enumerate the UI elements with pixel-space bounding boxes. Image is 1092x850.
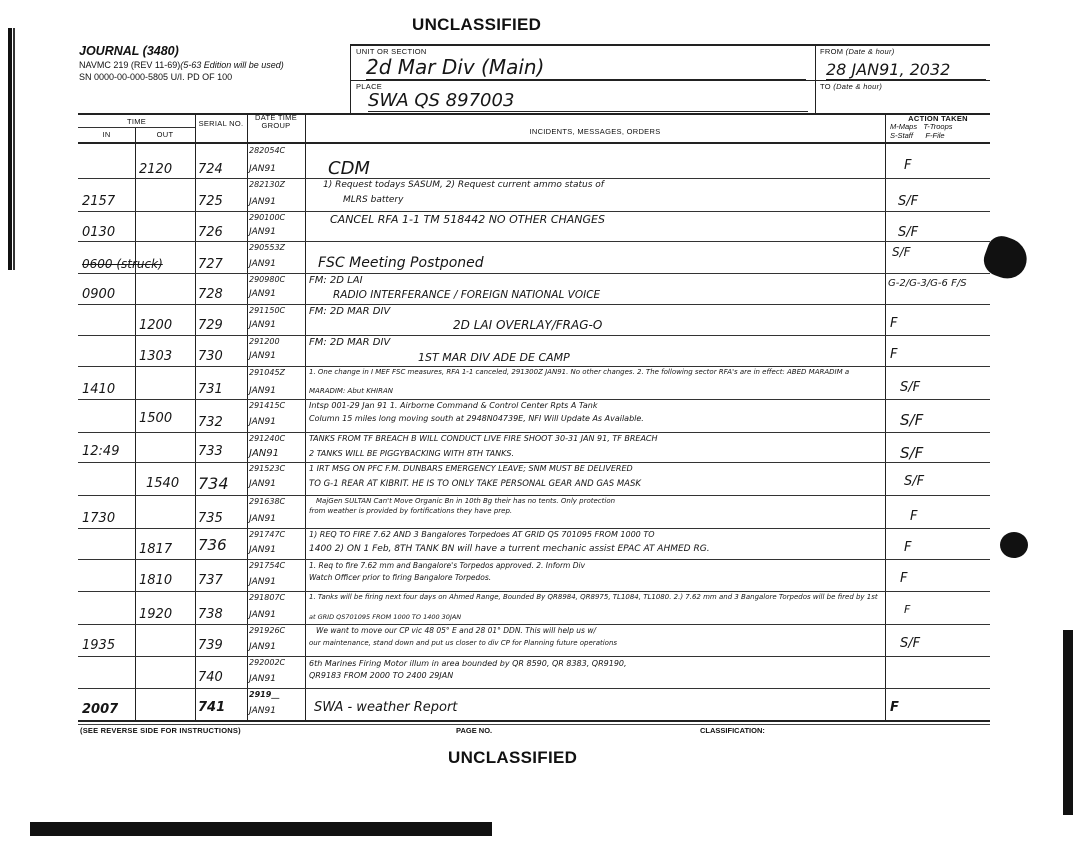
time-in: 1410 xyxy=(82,382,136,397)
classification-label: CLASSIFICATION: xyxy=(700,726,765,735)
header-divider xyxy=(350,44,351,114)
place-field[interactable]: SWA QS 897003 xyxy=(368,90,808,112)
dtg: 291045Z xyxy=(249,368,305,377)
instructions-note: (SEE REVERSE SIDE FOR INSTRUCTIONS) xyxy=(80,726,241,735)
message-line-2: QR9183 FROM 2000 TO 2400 29JAN xyxy=(309,671,883,680)
column-header-time: TIME xyxy=(78,118,195,126)
dtg: 291638C xyxy=(249,497,305,506)
header-divider xyxy=(350,80,816,81)
action-taken: S/F xyxy=(904,474,1002,489)
from-field[interactable]: 28 JAN91, 2032 xyxy=(826,60,986,80)
dtg-month: JAN91 xyxy=(249,197,305,207)
action-taken: S/F xyxy=(898,194,996,209)
from-label-text: FROM xyxy=(820,47,843,56)
time-in: 0900 xyxy=(82,287,136,302)
column-header-out: OUT xyxy=(135,131,195,139)
time-in: 12:49 xyxy=(82,444,136,459)
action-legend: S-Staff F-File xyxy=(890,132,990,140)
dtg: 291150C xyxy=(249,306,305,315)
serial-no: 730 xyxy=(198,349,248,364)
to-label-text: TO xyxy=(820,82,831,91)
serial-no: 733 xyxy=(198,444,248,459)
time-in: 2007 xyxy=(82,702,136,717)
dtg-month: JAN91 xyxy=(249,164,305,174)
dtg-month: JAN91 xyxy=(249,351,305,361)
message-line-1: MajGen SULTAN Can't Move Organic Bn in 1… xyxy=(316,497,890,505)
message-line-1: 1) REQ TO FIRE 7.62 AND 3 Bangalores Tor… xyxy=(309,530,883,539)
row-divider xyxy=(78,462,990,463)
row-divider xyxy=(78,211,990,212)
row-divider xyxy=(78,273,990,274)
scan-artifact-left-bar-thin xyxy=(13,28,15,270)
time-out: 1540 xyxy=(146,476,200,491)
column-divider-dtg-incidents xyxy=(305,113,306,722)
message-line-2: at GRID QS701095 FROM 1000 TO 1400 30JAN xyxy=(309,613,883,621)
time-out: 1817 xyxy=(139,542,193,557)
row-divider xyxy=(78,688,990,689)
time-out: 1920 xyxy=(139,607,193,622)
dtg: 282130Z xyxy=(249,180,305,189)
dtg-month: JAN91 xyxy=(249,289,305,299)
time-out: 1500 xyxy=(139,411,193,426)
serial-no: 729 xyxy=(198,318,248,333)
row-divider xyxy=(78,559,990,560)
message-line-2: from weather is provided by fortificatio… xyxy=(309,507,883,515)
serial-no: 739 xyxy=(198,638,248,653)
action-taken: S/F xyxy=(892,245,990,259)
dtg-month: JAN91 xyxy=(249,227,305,237)
message-line-1: TANKS FROM TF BREACH B WILL CONDUCT LIVE… xyxy=(309,434,883,443)
dtg-month: JAN91 xyxy=(249,642,305,652)
message-line-1: We want to move our CP vic 48 05° E and … xyxy=(316,626,890,635)
column-divider-out-serial xyxy=(195,113,196,722)
message-line-1: 1. Req to fire 7.62 mm and Bangalore's T… xyxy=(309,561,883,570)
column-divider-in-out xyxy=(135,128,136,722)
row-divider xyxy=(78,656,990,657)
message-line-2: TO G-1 REAR AT KIBRIT. HE IS TO ONLY TAK… xyxy=(309,479,883,489)
dtg: 290980C xyxy=(249,275,305,284)
row-divider xyxy=(78,591,990,592)
table-top-rule xyxy=(78,113,990,115)
row-divider xyxy=(78,432,990,433)
action-taken: S/F xyxy=(898,225,996,240)
dtg: 291754C xyxy=(249,561,305,570)
action-taken: F xyxy=(910,509,1008,524)
message-line-1: 1) Request todays SASUM, 2) Request curr… xyxy=(323,180,897,190)
action-taken: F xyxy=(890,316,988,331)
serial-no: 726 xyxy=(198,225,248,240)
action-taken: F xyxy=(900,571,998,586)
message-line-2: RADIO INTERFERANCE / FOREIGN NATIONAL VO… xyxy=(333,289,907,301)
action-taken: S/F xyxy=(900,636,998,651)
message-line-1: 1 IRT MSG ON PFC F.M. DUNBARS EMERGENCY … xyxy=(309,464,883,473)
message-line-1: FM: 2D MAR DIV xyxy=(309,306,883,317)
action-legend: M-Maps T-Troops xyxy=(890,123,990,131)
message-line-2: Watch Officer prior to firing Bangalore … xyxy=(309,573,883,582)
row-divider xyxy=(78,399,990,400)
action-taken: F xyxy=(904,540,1002,555)
message-line-2: Column 15 miles long moving south at 294… xyxy=(309,414,883,423)
dtg-month: JAN91 xyxy=(249,514,305,524)
row-divider xyxy=(78,528,990,529)
time-header-divider xyxy=(78,127,195,128)
dtg-month: JAN91 xyxy=(249,706,305,716)
to-field[interactable] xyxy=(826,92,986,110)
row-divider xyxy=(78,624,990,625)
serial-no: 728 xyxy=(198,287,248,302)
dtg: 291747C xyxy=(249,530,305,539)
dtg: 292002C xyxy=(249,658,305,667)
dtg: 291926C xyxy=(249,626,305,635)
serial-no: 738 xyxy=(198,607,248,622)
edition-note: (5-63 Edition will be used) xyxy=(180,60,284,70)
scan-artifact-bottom-bar xyxy=(30,822,492,836)
serial-no: 741 xyxy=(198,700,248,715)
column-header-serial: SERIAL NO. xyxy=(197,120,245,128)
time-in-struck: 0600 (struck) xyxy=(82,257,136,271)
serial-no: 727 xyxy=(198,257,248,272)
time-out: 1810 xyxy=(139,573,193,588)
scan-artifact-left-bar xyxy=(8,28,12,270)
action-taken: F xyxy=(904,603,1002,616)
dtg-month: JAN91 xyxy=(249,448,305,459)
message-line-1: 1. One change in I MEF FSC measures, RFA… xyxy=(309,368,887,377)
unit-field[interactable]: 2d Mar Div (Main) xyxy=(366,55,806,80)
dtg-month: JAN91 xyxy=(249,674,305,684)
serial-no: 731 xyxy=(198,382,248,397)
serial-no: 734 xyxy=(198,474,248,493)
time-in: 2157 xyxy=(82,194,136,209)
time-out: 1303 xyxy=(139,349,193,364)
classification-banner-top: UNCLASSIFIED xyxy=(412,15,541,35)
dtg: 291200 xyxy=(249,337,305,346)
message-line-2: our maintenance, stand down and put us c… xyxy=(309,639,883,647)
table-header-rule xyxy=(78,142,990,144)
serial-no: 724 xyxy=(198,162,248,177)
message-line-2: FSC Meeting Postponed xyxy=(318,255,892,271)
serial-no: 737 xyxy=(198,573,248,588)
message-line-2: MLRS battery xyxy=(343,195,917,205)
dtg-month: JAN91 xyxy=(249,417,305,427)
column-header-incidents: INCIDENTS, MESSAGES, ORDERS xyxy=(305,128,885,136)
to-hint: (Date & hour) xyxy=(833,82,882,91)
serial-no: 725 xyxy=(198,194,248,209)
action-taken: S/F xyxy=(900,380,998,395)
action-taken: G-2/G-3/G-6 F/S xyxy=(888,277,988,291)
ink-blot xyxy=(1000,532,1028,558)
table-bottom-rule xyxy=(78,720,990,722)
stock-number: SN 0000-00-000-5805 U/I. PD OF 100 xyxy=(79,72,232,82)
serial-no: 736 xyxy=(198,536,248,554)
dtg: 290100C xyxy=(249,213,305,222)
time-out: 1200 xyxy=(139,318,193,333)
message-line-2: MARADIM: Abut KHIRAN xyxy=(309,387,883,395)
action-taken: F xyxy=(904,158,1002,173)
message-line-1: CANCEL RFA 1-1 TM 518442 NO OTHER CHANGE… xyxy=(330,213,904,226)
message-line-1: Intsp 001-29 Jan 91 1. Airborne Command … xyxy=(309,401,883,410)
row-divider xyxy=(78,304,990,305)
form-number: NAVMC 219 (REV 11-69)(5-63 Edition will … xyxy=(79,60,284,70)
from-hint: (Date & hour) xyxy=(846,47,895,56)
row-divider xyxy=(78,335,990,336)
page-number-label: PAGE NO. xyxy=(456,726,492,735)
dtg: 282054C xyxy=(249,146,305,155)
row-divider xyxy=(78,366,990,367)
dtg-month: JAN91 xyxy=(249,610,305,620)
action-taken: S/F xyxy=(900,411,998,429)
form-title: JOURNAL (3480) xyxy=(79,44,179,58)
action-taken: S/F xyxy=(900,444,998,462)
dtg: 291415C xyxy=(249,401,305,410)
message-line-1: 1. Tanks will be firing next four days o… xyxy=(309,593,881,602)
time-in: 1935 xyxy=(82,638,136,653)
form-number-text: NAVMC 219 (REV 11-69) xyxy=(79,60,180,70)
dtg: 291523C xyxy=(249,464,305,473)
column-header-dtg: DATE TIME GROUP xyxy=(249,114,303,130)
dtg-month: JAN91 xyxy=(249,545,305,555)
column-header-in: IN xyxy=(78,131,135,139)
serial-no: 732 xyxy=(198,415,248,430)
time-in: 1730 xyxy=(82,511,136,526)
dtg-month: JAN91 xyxy=(249,320,305,330)
dtg: 291807C xyxy=(249,593,305,602)
message-line-1: FM: 2D LAI xyxy=(309,275,883,286)
dtg-month: JAN91 xyxy=(249,259,305,269)
action-taken: F xyxy=(890,700,988,715)
to-label: TO (Date & hour) xyxy=(820,82,882,91)
scan-artifact-right-bar xyxy=(1063,630,1073,815)
dtg-month: JAN91 xyxy=(249,577,305,587)
time-out: 2120 xyxy=(139,162,193,177)
header-divider xyxy=(815,80,990,81)
dtg: 290553Z xyxy=(249,243,305,252)
classification-banner-bottom: UNCLASSIFIED xyxy=(448,748,577,768)
action-taken: F xyxy=(890,347,988,362)
dtg-month: JAN91 xyxy=(249,386,305,396)
header-divider xyxy=(815,44,816,113)
message-line-2: 2 TANKS WILL BE PIGGYBACKING WITH 8TH TA… xyxy=(309,449,883,458)
message-line-2: 1400 2) ON 1 Feb, 8TH TANK BN will have … xyxy=(309,544,883,554)
message-line-2: CDM xyxy=(328,158,902,179)
dtg: 291240C xyxy=(249,434,305,443)
message-line-1: FM: 2D MAR DIV xyxy=(309,337,883,348)
row-divider xyxy=(78,495,990,496)
message-line-2: SWA - weather Report xyxy=(314,700,888,715)
dtg-month: JAN91 xyxy=(249,479,305,489)
dtg: 2919__ xyxy=(249,690,305,699)
row-divider xyxy=(78,241,990,242)
message-line-1: 6th Marines Firing Motor illum in area b… xyxy=(309,659,883,668)
serial-no: 735 xyxy=(198,511,248,526)
time-in: 0130 xyxy=(82,225,136,240)
table-bottom-rule-thin xyxy=(78,724,990,725)
serial-no: 740 xyxy=(198,670,248,685)
from-label: FROM (Date & hour) xyxy=(820,47,895,56)
